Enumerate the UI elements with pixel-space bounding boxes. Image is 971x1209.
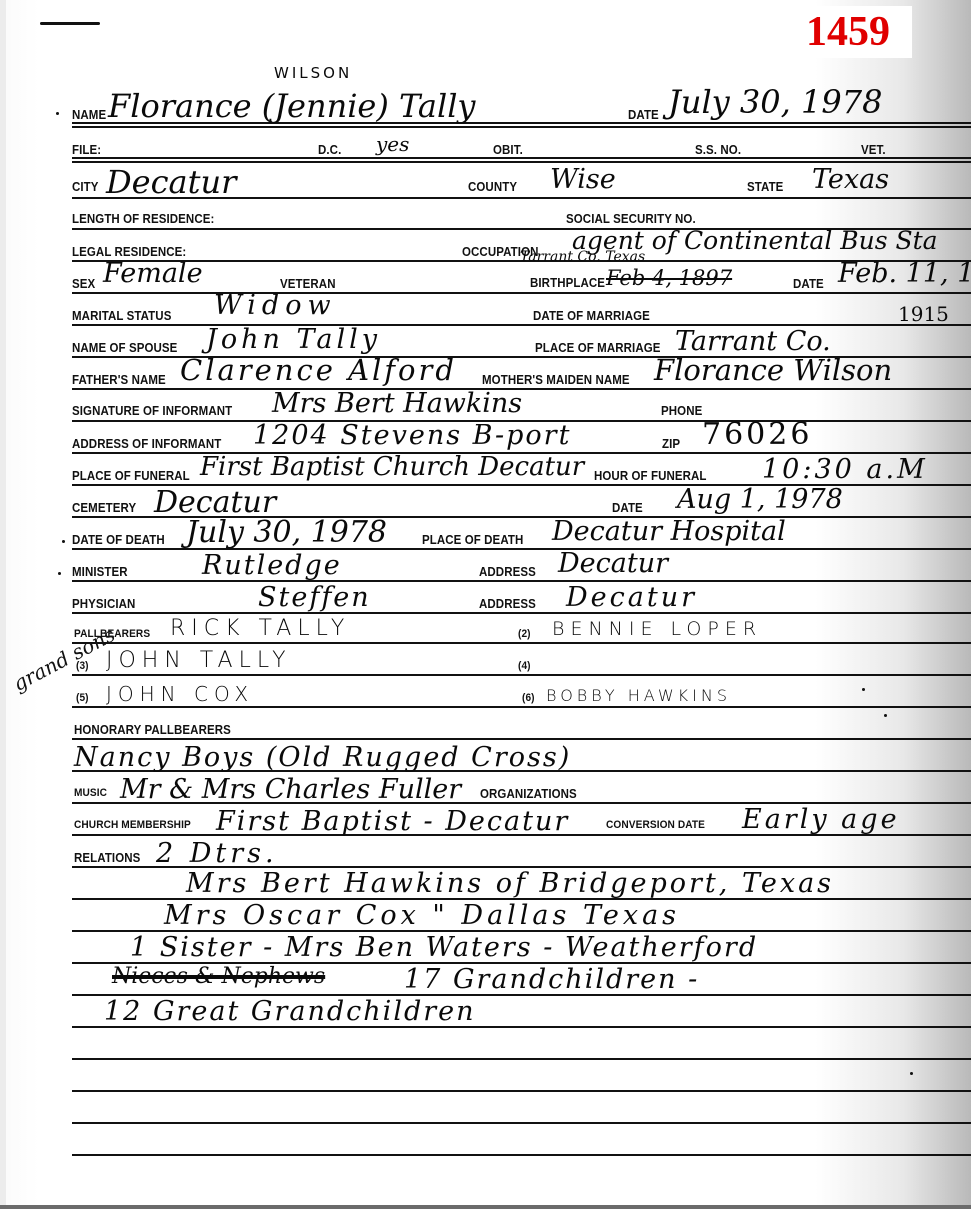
label-county: COUNTY xyxy=(468,180,517,194)
value-marital-status: Widow xyxy=(214,292,337,319)
label-pallbearer-5: (5) xyxy=(76,692,89,704)
value-county: Wise xyxy=(550,166,616,193)
value-date-of-marriage: 1915 xyxy=(898,304,949,324)
value-pallbearer-3: JOHN TALLY xyxy=(106,650,292,672)
label-length-of-residence: LENGTH OF RESIDENCE: xyxy=(72,212,214,226)
value-birthplace: Tarrant Co. Texas xyxy=(520,250,645,264)
scan-bottom-edge xyxy=(0,1205,971,1209)
value-relations-line-1: Mrs Bert Hawkins of Bridgeport, Texas xyxy=(186,870,834,897)
value-pallbearer-1: RICK TALLY xyxy=(170,618,350,640)
scan-left-edge xyxy=(0,0,6,1209)
label-address-of-informant: ADDRESS OF INFORMANT xyxy=(72,437,221,451)
rule-sex xyxy=(72,292,971,294)
value-name-annotation: WILSON xyxy=(274,66,352,81)
value-signature-of-informant: Mrs Bert Hawkins xyxy=(272,390,522,417)
scan-speck xyxy=(56,112,59,115)
label-fathers-name: FATHER'S NAME xyxy=(72,373,166,387)
value-zip: 76026 xyxy=(702,420,812,450)
label-church-membership: CHURCH MEMBERSHIP xyxy=(74,819,191,831)
value-relations-line-2: Mrs Oscar Cox " Dallas Texas xyxy=(164,902,680,929)
value-relations-line-3: 1 Sister - Mrs Ben Waters - Weatherford xyxy=(130,934,758,961)
rule-file xyxy=(72,157,971,159)
label-obit: OBIT. xyxy=(493,143,523,157)
value-relations-line-4: 17 Grandchildren - xyxy=(404,966,699,993)
value-funeral-date: Aug 1, 1978 xyxy=(677,486,843,513)
value-name: Florance (Jennie) Tally xyxy=(108,90,476,122)
value-place-of-death: Decatur Hospital xyxy=(552,518,786,545)
value-place-of-marriage: Tarrant Co. xyxy=(675,328,831,355)
rule-pallbearers xyxy=(72,642,971,644)
rule-pb3 xyxy=(72,674,971,676)
value-physician: Steffen xyxy=(258,584,371,611)
value-birth-date: Feb. 11, 18 xyxy=(838,260,971,287)
label-social-security-no: SOCIAL SECURITY NO. xyxy=(566,212,696,226)
rule-blank-1 xyxy=(72,1058,971,1060)
value-city: Decatur xyxy=(106,166,236,198)
rule-blank-4 xyxy=(72,1154,971,1156)
label-vet: VET. xyxy=(861,143,886,157)
value-dc: yes xyxy=(376,134,409,154)
label-pallbearer-4: (4) xyxy=(518,660,531,672)
label-veteran: VETERAN xyxy=(280,277,336,291)
value-date-of-death: July 30, 1978 xyxy=(186,518,387,548)
value-address-of-informant: 1204 Stevens B-port xyxy=(253,422,571,449)
value-conversion-date: Early age xyxy=(742,806,900,833)
label-signature-of-informant: SIGNATURE OF INFORMANT xyxy=(72,404,232,418)
value-cemetery: Decatur xyxy=(154,488,276,518)
label-funeral-date: DATE xyxy=(612,501,643,515)
label-name-of-spouse: NAME OF SPOUSE xyxy=(72,341,177,355)
scan-speck xyxy=(910,1072,913,1075)
label-state: STATE xyxy=(747,180,783,194)
value-date: July 30, 1978 xyxy=(668,86,882,118)
label-place-of-death: PLACE OF DEATH xyxy=(422,533,523,547)
label-file: FILE: xyxy=(72,143,101,157)
rule-physician xyxy=(72,612,971,614)
scan-speck xyxy=(862,688,865,691)
label-mothers-maiden-name: MOTHER'S MAIDEN NAME xyxy=(482,373,630,387)
scan-speck xyxy=(884,714,887,717)
label-music: MUSIC xyxy=(74,787,107,799)
label-ss-no: S.S. NO. xyxy=(695,143,741,157)
value-honorary-pallbearers: Nancy Boys (Old Rugged Cross) xyxy=(74,744,571,771)
scan-speck xyxy=(62,540,65,543)
label-physician-address: ADDRESS xyxy=(479,597,536,611)
label-hour-of-funeral: HOUR OF FUNERAL xyxy=(594,469,707,483)
value-physician-address: Decatur xyxy=(566,584,697,611)
label-zip: ZIP xyxy=(662,437,680,451)
value-relations: 2 Dtrs. xyxy=(156,840,278,867)
value-state: Texas xyxy=(812,166,889,193)
label-minister: MINISTER xyxy=(72,565,128,579)
label-dc: D.C. xyxy=(318,143,341,157)
value-name-of-spouse: John Tally xyxy=(206,326,381,353)
value-pallbearer-5: JOHN COX xyxy=(106,684,254,704)
label-relations: RELATIONS xyxy=(74,851,140,865)
rule-honorary xyxy=(72,738,971,740)
label-physician: PHYSICIAN xyxy=(72,597,135,611)
label-minister-address: ADDRESS xyxy=(479,565,536,579)
value-fathers-name: Clarence Alford xyxy=(180,356,457,385)
value-music: Mr & Mrs Charles Fuller xyxy=(120,776,461,803)
record-number: 1459 xyxy=(806,6,912,58)
value-minister-address: Decatur xyxy=(558,550,668,577)
label-name: NAME xyxy=(72,108,106,122)
label-legal-residence: LEGAL RESIDENCE: xyxy=(72,245,186,259)
value-sex: Female xyxy=(103,260,203,287)
value-pallbearer-2: BENNIE LOPER xyxy=(552,620,762,639)
label-birthplace: BIRTHPLACE xyxy=(530,276,605,290)
label-date-of-death: DATE OF DEATH xyxy=(72,533,165,547)
label-pallbearer-2: (2) xyxy=(518,628,531,640)
pen-mark xyxy=(40,22,100,25)
label-sex: SEX xyxy=(72,277,95,291)
value-relations-struck: Nieces & Nephews xyxy=(112,966,325,988)
value-hour-of-funeral: 10:30 a.M xyxy=(762,456,928,483)
value-birthplace-struck: Feb 4, 1897 xyxy=(606,268,732,289)
scan-speck xyxy=(58,572,61,575)
label-city: CITY xyxy=(72,180,99,194)
label-place-of-marriage: PLACE OF MARRIAGE xyxy=(535,341,661,355)
label-place-of-funeral: PLACE OF FUNERAL xyxy=(72,469,190,483)
label-honorary-pallbearers: HONORARY PALLBEARERS xyxy=(74,723,231,737)
label-birth-date: DATE xyxy=(793,277,824,291)
value-pallbearer-6: BOBBY HAWKINS xyxy=(546,688,731,704)
rule-pb5 xyxy=(72,706,971,708)
label-cemetery: CEMETERY xyxy=(72,501,136,515)
rule-blank-3 xyxy=(72,1122,971,1124)
label-date: DATE xyxy=(628,108,659,122)
label-organizations: ORGANIZATIONS xyxy=(480,787,577,801)
value-place-of-funeral: First Baptist Church Decatur xyxy=(200,454,584,480)
label-phone: PHONE xyxy=(661,404,702,418)
label-marital-status: MARITAL STATUS xyxy=(72,309,171,323)
value-relations-line-5: 12 Great Grandchildren xyxy=(104,998,476,1025)
value-minister: Rutledge xyxy=(202,552,342,579)
value-mothers-maiden-name: Florance Wilson xyxy=(654,356,892,385)
value-church-membership: First Baptist - Decatur xyxy=(216,808,569,835)
label-pallbearer-6: (6) xyxy=(522,692,535,704)
label-conversion-date: CONVERSION DATE xyxy=(606,819,705,831)
label-date-of-marriage: DATE OF MARRIAGE xyxy=(533,309,650,323)
rule-blank-2 xyxy=(72,1090,971,1092)
